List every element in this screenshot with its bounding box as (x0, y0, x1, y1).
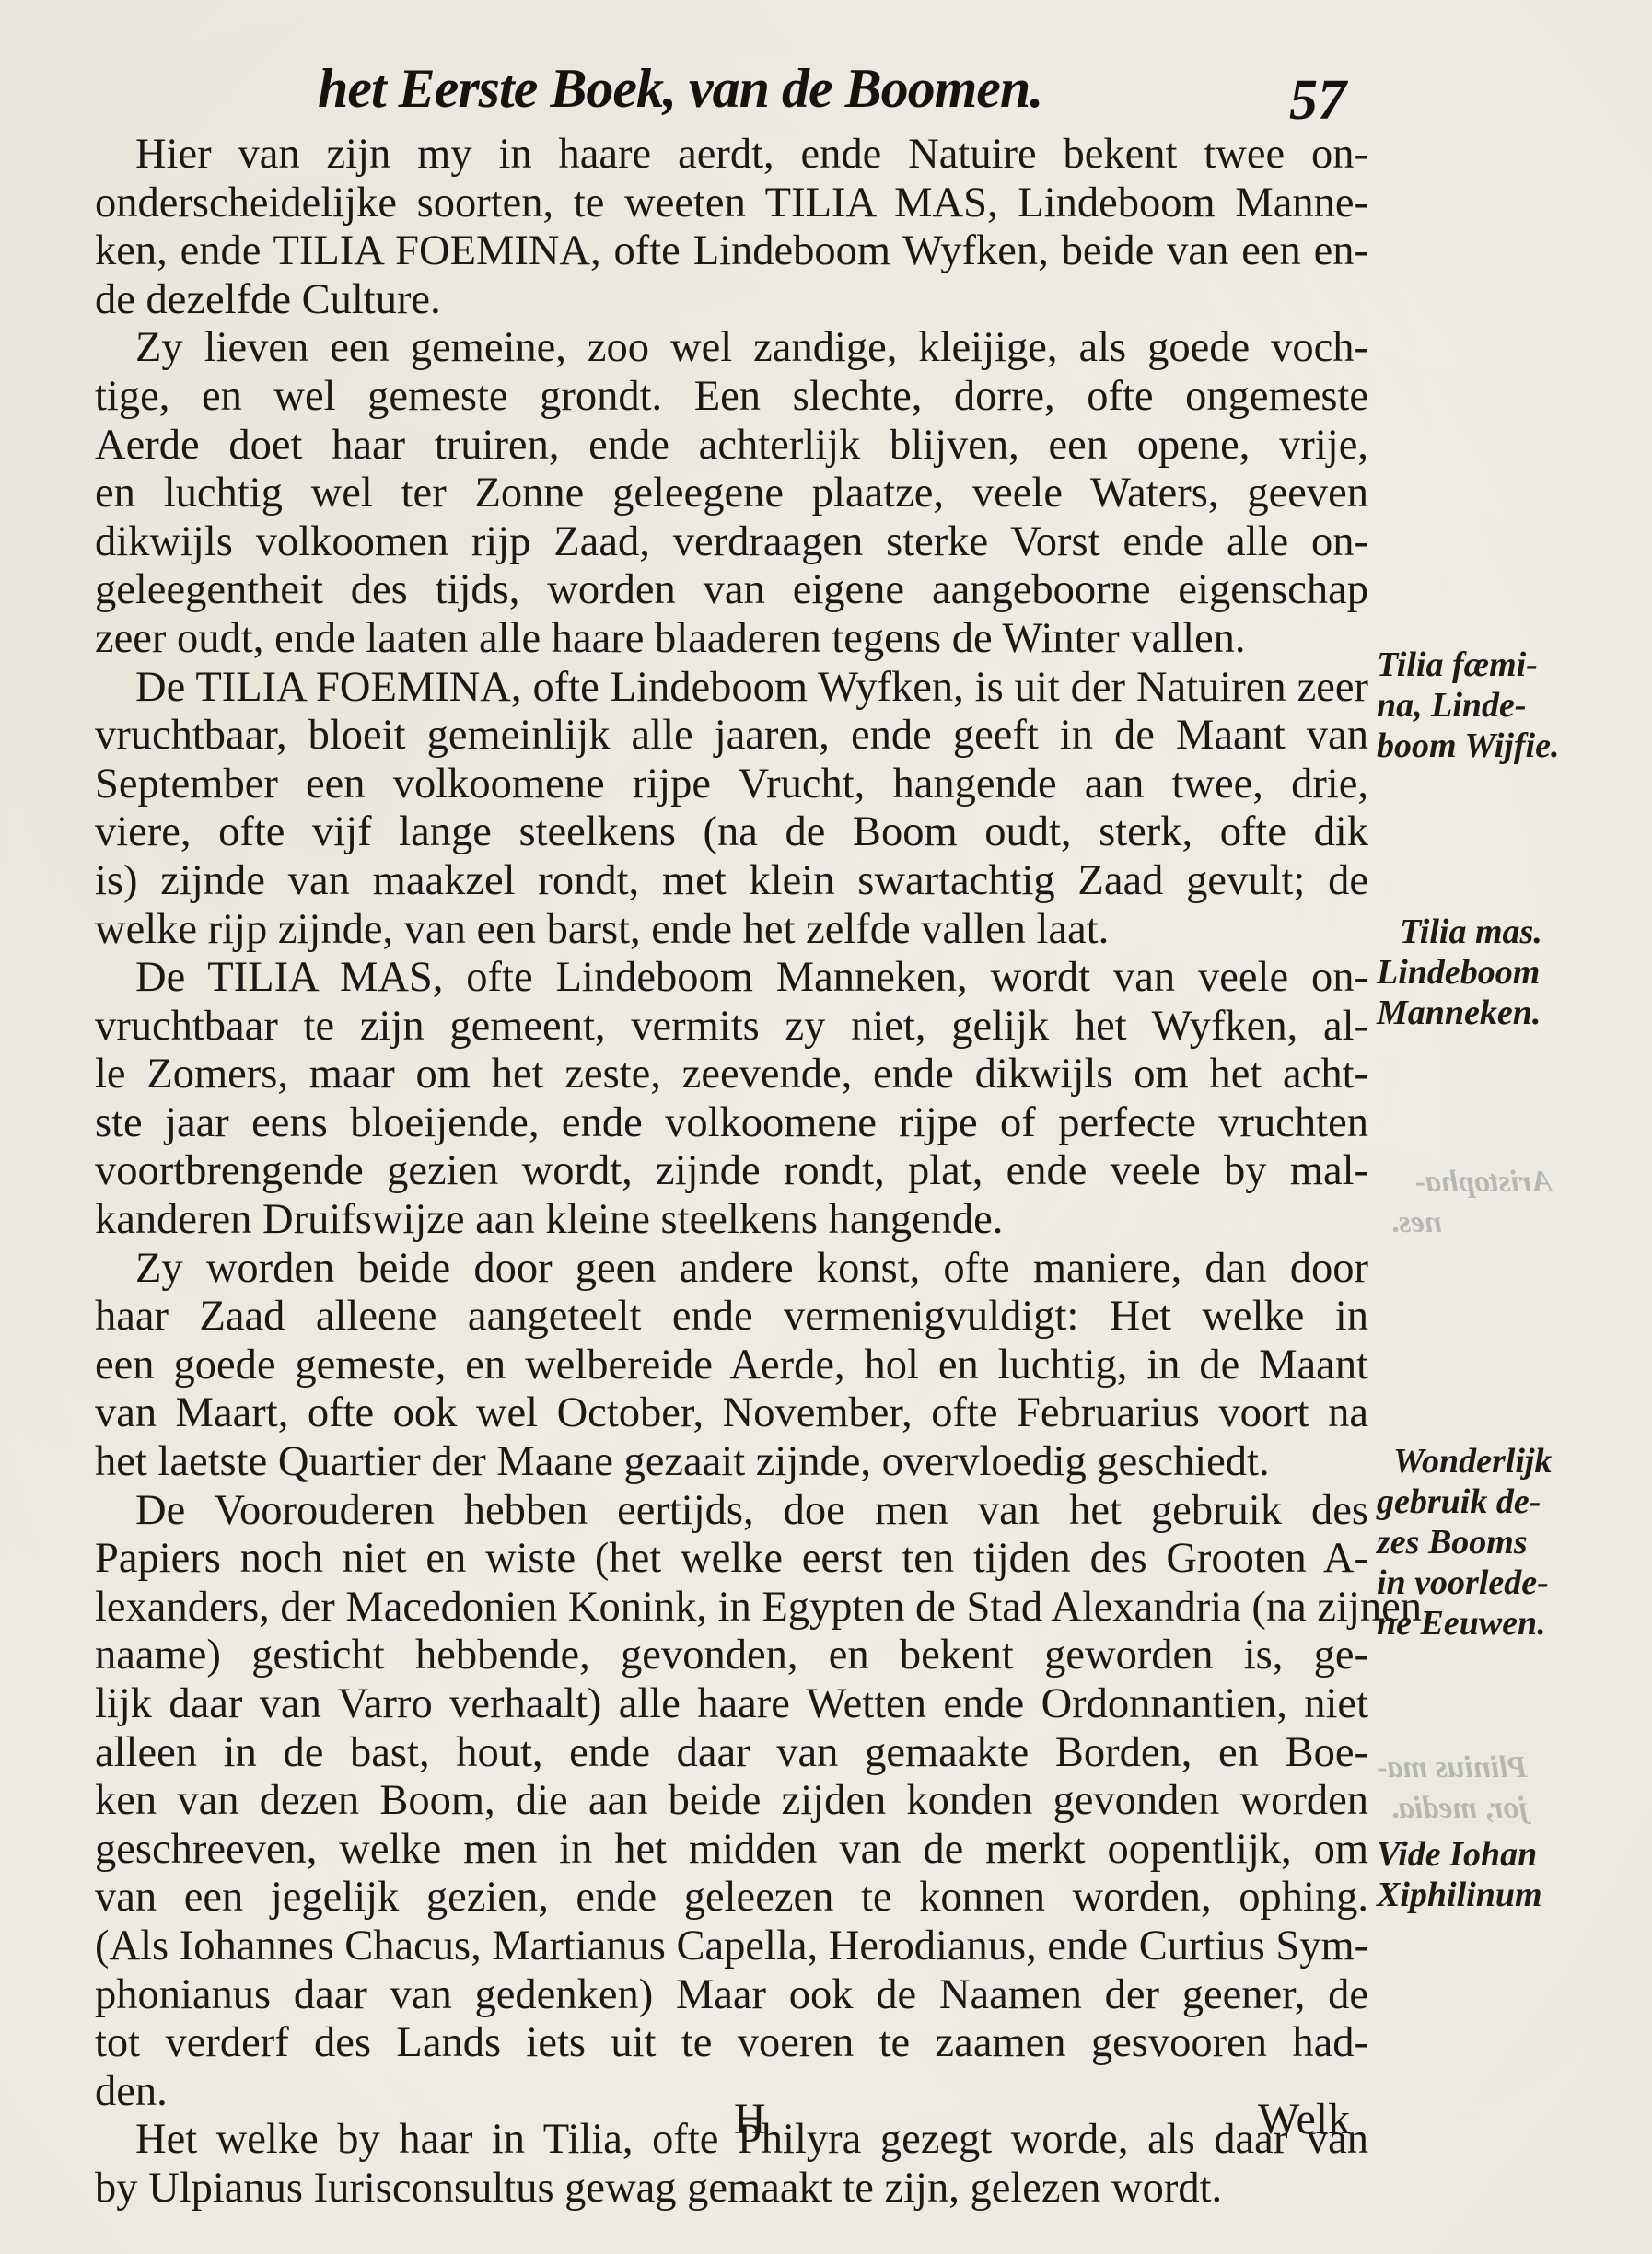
note-line: Manneken. (1377, 993, 1644, 1033)
text-line: de dezelfde Culture. (95, 276, 1368, 325)
text-line: lijk daar van Varro verhaalt) alle haare… (95, 1680, 1368, 1729)
text-line: viere, ofte vijf lange steelkens (na de … (95, 808, 1368, 857)
text-line: geschreeven, welke men in het midden van… (95, 1826, 1368, 1875)
show-through-note: Aristopha- nes. (1390, 1162, 1553, 1243)
text-line: De TILIA FOEMINA, ofte Lindeboom Wyfken,… (95, 664, 1368, 713)
text-line: naame) gesticht hebbende, gevonden, en b… (95, 1632, 1368, 1680)
text-line: Zy lieven een gemeine, zoo wel zandige, … (95, 324, 1368, 373)
paragraph: Hier van zijn my in haare aerdt, ende Na… (95, 131, 1368, 324)
note-line: Lindeboom (1377, 952, 1644, 993)
text-line: een goede gemeste, en welbereide Aerde, … (95, 1342, 1368, 1390)
text-line: dikwijls volkoomen rijp Zaad, verdraagen… (95, 518, 1368, 567)
ghost-line: nes. (1390, 1203, 1553, 1243)
note-line: Tilia fæmi- (1377, 645, 1644, 685)
paragraph: De TILIA MAS, ofte Lindeboom Manneken, w… (95, 954, 1368, 1245)
note-line: boom Wijfie. (1377, 726, 1644, 766)
signature-mark: H (734, 2094, 766, 2144)
text-line: De TILIA MAS, ofte Lindeboom Manneken, w… (95, 954, 1368, 1003)
text-line: voortbrengende gezien wordt, zijnde rond… (95, 1147, 1368, 1196)
text-line: onderscheidelijke soorten, te weeten TIL… (95, 180, 1368, 228)
text-line: van Maart, ofte ook wel October, Novembe… (95, 1389, 1368, 1438)
note-line: na, Linde- (1377, 685, 1644, 726)
text-line: (Als Iohannes Chacus, Martianus Capella,… (95, 1923, 1368, 1971)
page-number: 57 (1289, 68, 1346, 134)
text-line: den. (95, 2068, 1368, 2117)
paragraph: De TILIA FOEMINA, ofte Lindeboom Wyfken,… (95, 664, 1368, 955)
note-line: gebruik de- (1377, 1481, 1644, 1522)
margin-note-wonderlijk-gebruik: Wonderlijk gebruik de- zes Booms in voor… (1377, 1441, 1644, 1644)
catchword: Welk (1258, 2094, 1350, 2144)
text-line: zeer oudt, ende laaten alle haare blaade… (95, 615, 1368, 664)
text-line: le Zomers, maar om het zeste, zeevende, … (95, 1051, 1368, 1099)
text-line: Zy worden beide door geen andere konst, … (95, 1245, 1368, 1294)
paragraph: Het welke by haar in Tilia, ofte Philyra… (95, 2116, 1368, 2213)
note-line: Tilia mas. (1377, 912, 1644, 952)
text-line: Aerde doet haar truiren, ende achterlijk… (95, 422, 1368, 471)
text-line: en luchtig wel ter Zonne geleegene plaat… (95, 470, 1368, 518)
margin-note-vide-iohan: Vide Iohan Xiphilinum (1377, 1834, 1644, 1915)
note-line: ne Eeuwen. (1377, 1603, 1644, 1644)
text-line: lexanders, der Macedonien Konink, in Egy… (95, 1584, 1368, 1632)
text-line: tige, en wel gemeste grondt. Een slechte… (95, 373, 1368, 422)
running-title: het Eerste Boek, van de Boomen. (318, 57, 1239, 121)
text-line: Hier van zijn my in haare aerdt, ende Na… (95, 131, 1368, 180)
text-line: welke rijp zijnde, van een barst, ende h… (95, 906, 1368, 955)
text-line: phonianus daar van gedenken) Maar ook de… (95, 1971, 1368, 2020)
ghost-line: jor, media. (1377, 1788, 1527, 1829)
text-line: kanderen Druifswijze aan kleine steelken… (95, 1196, 1368, 1245)
text-line: van een jegelijk gezien, ende geleezen t… (95, 1874, 1368, 1923)
text-line: het laetste Quartier der Maane gezaait z… (95, 1438, 1368, 1487)
book-page: het Eerste Boek, van de Boomen. 57 Arist… (0, 0, 1652, 2254)
text-line: is) zijnde van maakzel rondt, met klein … (95, 857, 1368, 906)
paragraph: De Voorouderen hebben eertijds, doe men … (95, 1487, 1368, 2117)
text-line: ste jaar eens bloeijende, ende volkoomen… (95, 1099, 1368, 1148)
margin-note-tilia-foemina: Tilia fæmi- na, Linde- boom Wijfie. (1377, 645, 1644, 766)
text-line: September een volkoomene rijpe Vrucht, h… (95, 761, 1368, 809)
note-line: zes Booms (1377, 1522, 1644, 1563)
show-through-note: Plinius ma- jor, media. (1377, 1748, 1527, 1829)
text-line: ken, ende TILIA FOEMINA, ofte Lindeboom … (95, 227, 1368, 276)
note-line: in voorlede- (1377, 1563, 1644, 1603)
text-line: alleen in de bast, hout, ende daar van g… (95, 1729, 1368, 1778)
margin-note-tilia-mas: Tilia mas. Lindeboom Manneken. (1377, 912, 1644, 1033)
ghost-line: Aristopha- (1390, 1162, 1553, 1203)
paragraph: Zy lieven een gemeine, zoo wel zandige, … (95, 324, 1368, 663)
text-line: tot verderf des Lands iets uit te voeren… (95, 2019, 1368, 2068)
body-text: Hier van zijn my in haare aerdt, ende Na… (95, 131, 1368, 2213)
text-line: by Ulpianus Iurisconsultus gewag gemaakt… (95, 2165, 1368, 2213)
text-line: geleegentheit des tijds, worden van eige… (95, 566, 1368, 615)
text-line: haar Zaad alleene aangeteelt ende vermen… (95, 1293, 1368, 1342)
text-line: ken van dezen Boom, die aan beide zijden… (95, 1777, 1368, 1826)
text-line: Papiers noch niet en wiste (het welke ee… (95, 1535, 1368, 1584)
text-line: Het welke by haar in Tilia, ofte Philyra… (95, 2116, 1368, 2165)
text-line: vruchtbaar te zijn gemeent, vermits zy n… (95, 1003, 1368, 1051)
note-line: Wonderlijk (1377, 1441, 1644, 1481)
text-line: De Voorouderen hebben eertijds, doe men … (95, 1487, 1368, 1536)
text-line: vruchtbaar, bloeit gemeinlijk alle jaare… (95, 712, 1368, 761)
note-line: Vide Iohan (1377, 1834, 1644, 1875)
ghost-line: Plinius ma- (1377, 1748, 1527, 1788)
note-line: Xiphilinum (1377, 1875, 1644, 1915)
paragraph: Zy worden beide door geen andere konst, … (95, 1245, 1368, 1487)
